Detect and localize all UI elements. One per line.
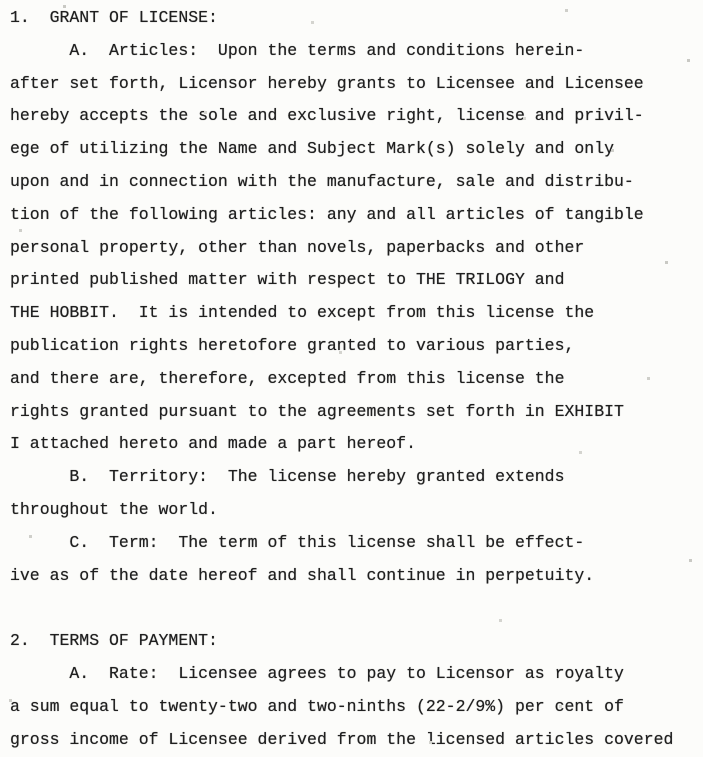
clause-1a-line: after set forth, Licensor hereby grants …: [10, 68, 703, 101]
clause-1c-line: ive as of the date hereof and shall cont…: [10, 560, 703, 593]
clause-1b-line: B. Territory: The license hereby granted…: [10, 461, 703, 494]
clause-2a-line: gross income of Licensee derived from th…: [10, 724, 703, 757]
section-1-heading: 1. GRANT OF LICENSE:: [10, 2, 703, 35]
scanned-document-page: 1. GRANT OF LICENSE: A. Articles: Upon t…: [0, 0, 703, 757]
clause-1a-line: printed published matter with respect to…: [10, 264, 703, 297]
clause-1a-line: tion of the following articles: any and …: [10, 199, 703, 232]
clause-1a-line: rights granted pursuant to the agreement…: [10, 396, 703, 429]
clause-1b-line: throughout the world.: [10, 494, 703, 527]
clause-1a-line: personal property, other than novels, pa…: [10, 232, 703, 265]
clause-1a-line: THE HOBBIT. It is intended to except fro…: [10, 297, 703, 330]
clause-1a-line: publication rights heretofore granted to…: [10, 330, 703, 363]
clause-1c-line: C. Term: The term of this license shall …: [10, 527, 703, 560]
clause-1a-line: upon and in connection with the manufact…: [10, 166, 703, 199]
scan-noise-speckles: [0, 0, 1, 1]
clause-1a-line: ege of utilizing the Name and Subject Ma…: [10, 133, 703, 166]
clause-1a-line: A. Articles: Upon the terms and conditio…: [10, 35, 703, 68]
section-2-heading: 2. TERMS OF PAYMENT:: [10, 625, 703, 658]
clause-1a-line: I attached hereto and made a part hereof…: [10, 428, 703, 461]
clause-1a-line: hereby accepts the sole and exclusive ri…: [10, 100, 703, 133]
clause-1a-line: and there are, therefore, excepted from …: [10, 363, 703, 396]
clause-2a-line: A. Rate: Licensee agrees to pay to Licen…: [10, 658, 703, 691]
blank-line: [10, 592, 703, 625]
document-text-block: 1. GRANT OF LICENSE: A. Articles: Upon t…: [10, 2, 703, 756]
clause-2a-line: a sum equal to twenty-two and two-ninths…: [10, 691, 703, 724]
